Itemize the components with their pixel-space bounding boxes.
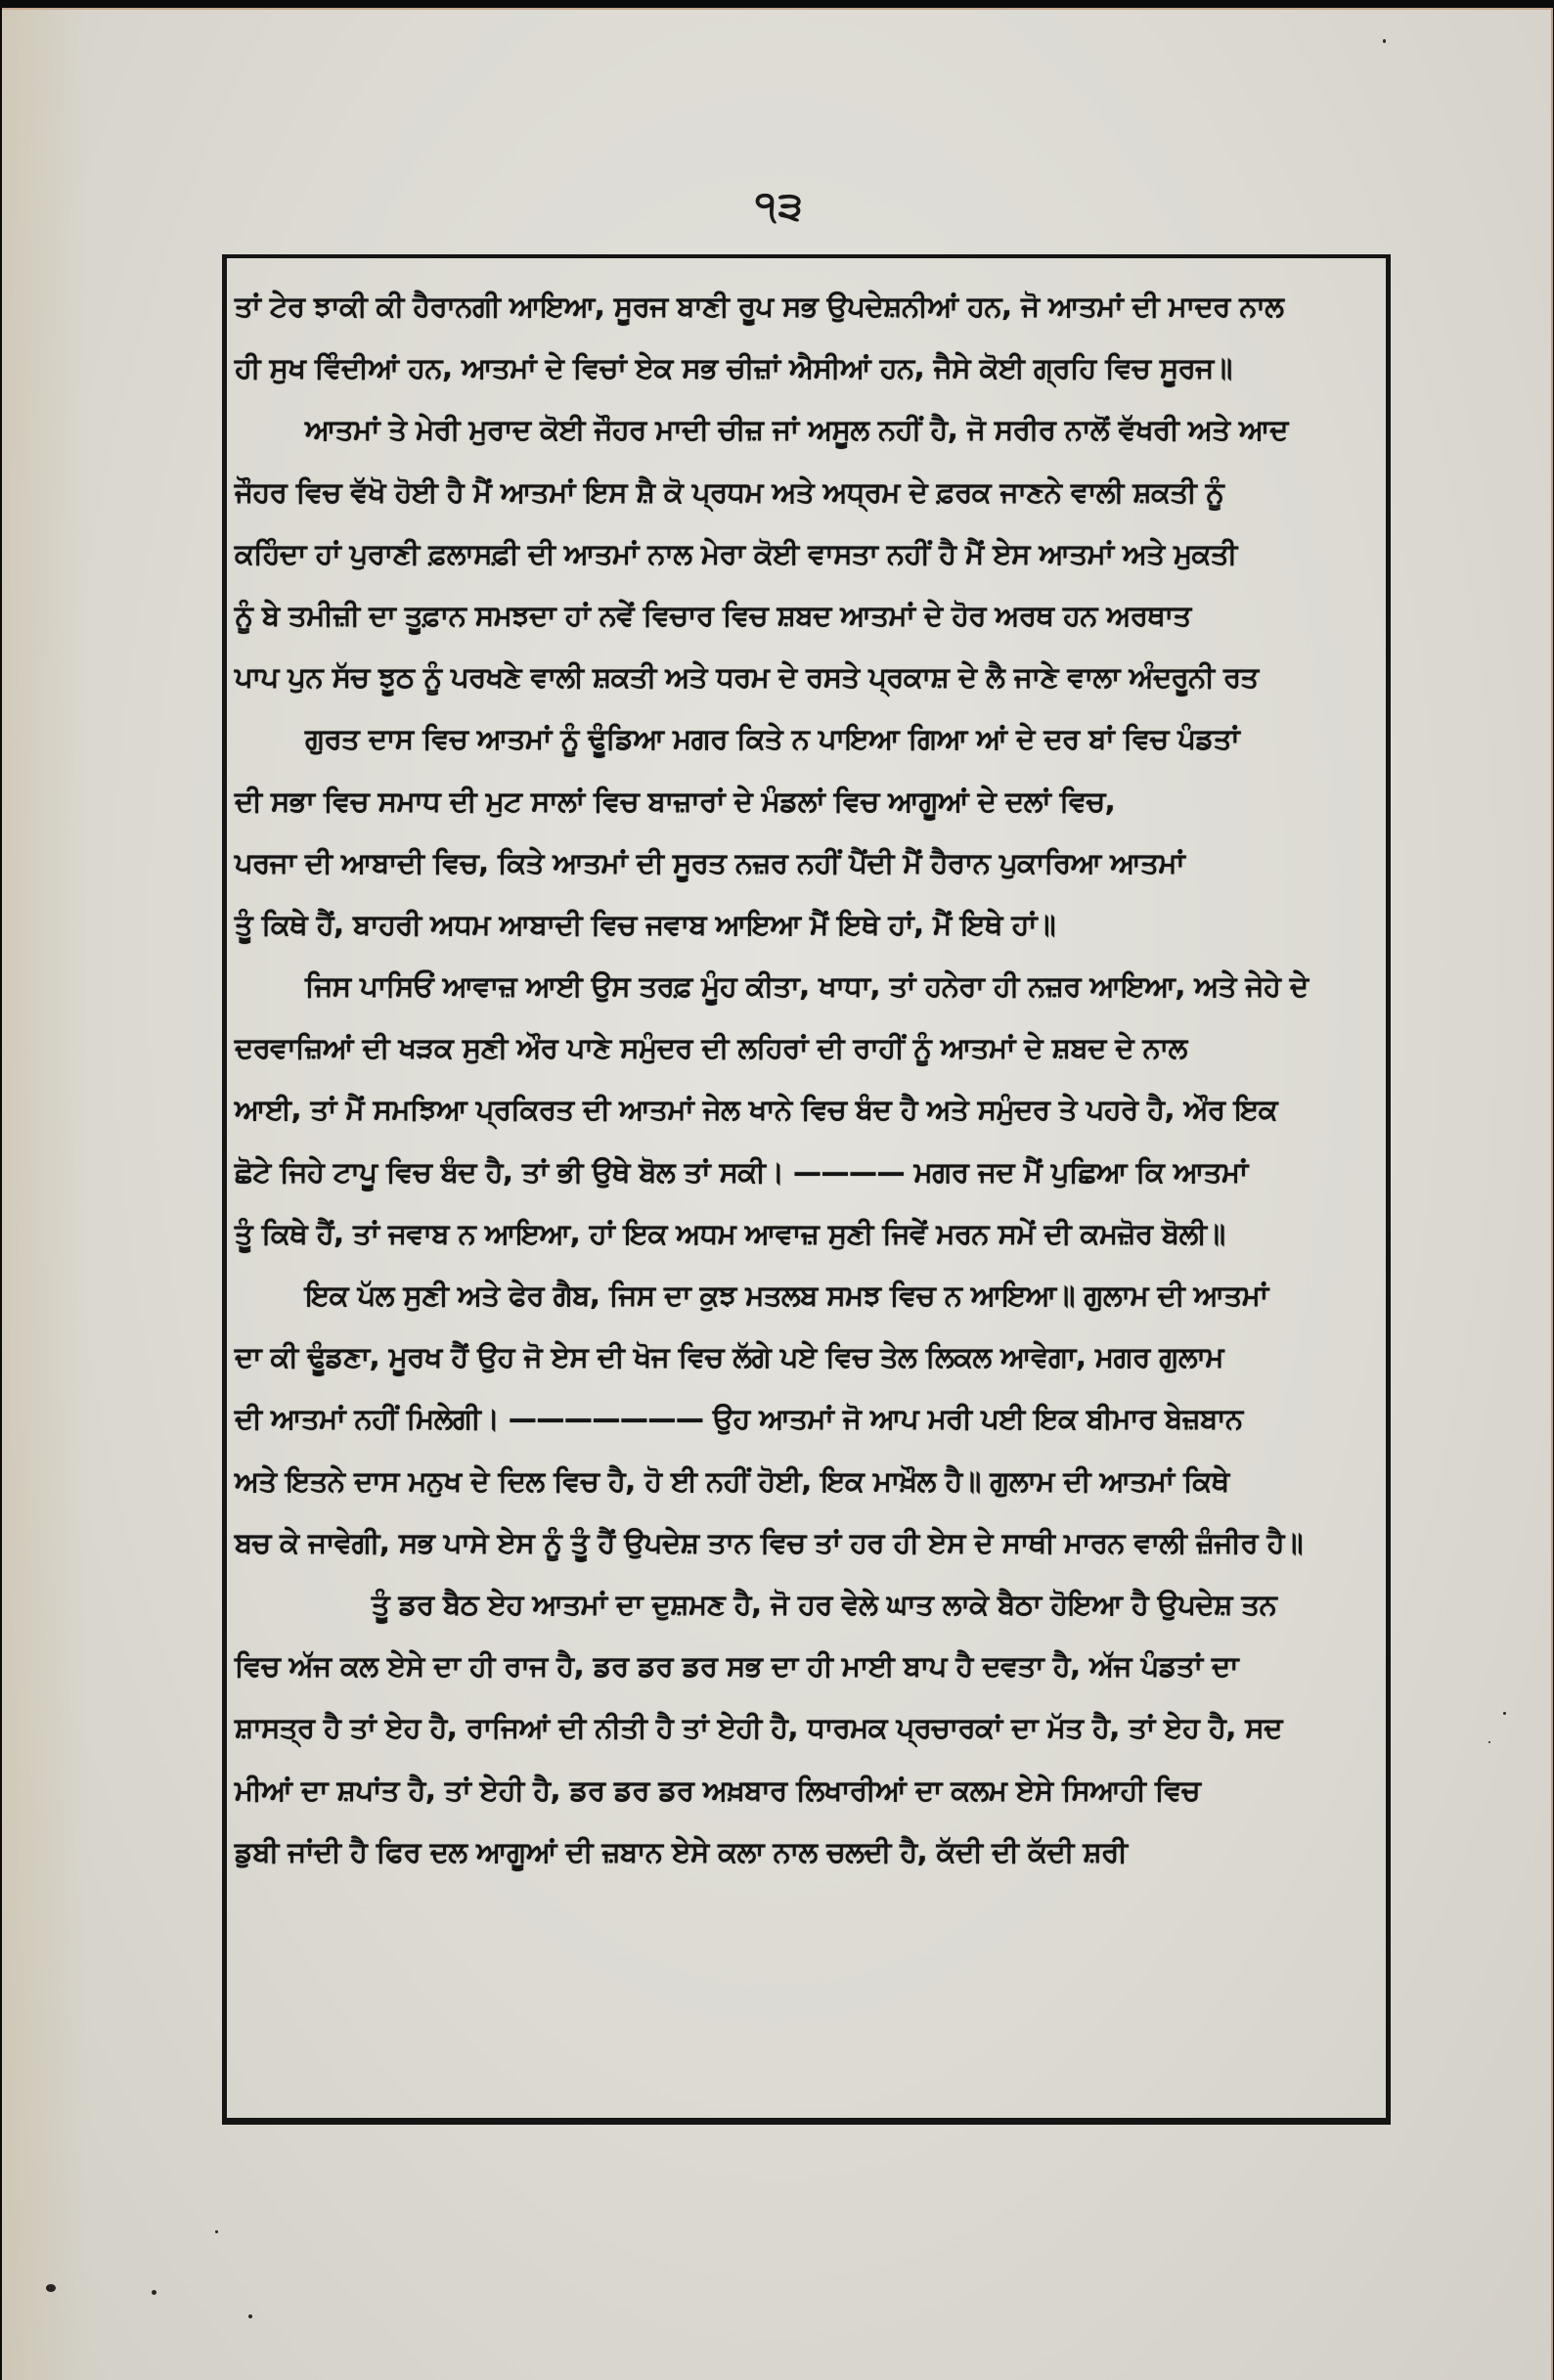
text-line: ਮੀਆਂ ਦਾ ਸ਼ਪਾਂਤ ਹੈ, ਤਾਂ ਏਹੀ ਹੈ, ਡਰ ਡਰ ਡਰ … xyxy=(235,1760,1418,1821)
text-line: ਇਕ ਪੱਲ ਸੁਣੀ ਅਤੇ ਫੇਰ ਗੈਬ, ਜਿਸ ਦਾ ਕੁਝ ਮਤਲਬ… xyxy=(235,1265,1418,1326)
ink-speck xyxy=(1488,1741,1490,1743)
ink-speck xyxy=(152,2290,156,2295)
text-line: ਪਾਪ ਪੁਨ ਸੱਚ ਝੂਠ ਨੂੰ ਪਰਖਣੇ ਵਾਲੀ ਸ਼ਕਤੀ ਅਤੇ… xyxy=(235,647,1418,708)
text-line: ਗੁਰਤ ਦਾਸ ਵਿਚ ਆਤਮਾਂ ਨੂੰ ਢੂੰਡਿਆ ਮਗਰ ਕਿਤੇ ਨ… xyxy=(235,708,1418,770)
text-line: ਸ਼ਾਸਤ੍ਰ ਹੈ ਤਾਂ ਏਹ ਹੈ, ਰਾਜਿਆਂ ਦੀ ਨੀਤੀ ਹੈ … xyxy=(235,1697,1418,1759)
text-line: ਪਰਜਾ ਦੀ ਆਬਾਦੀ ਵਿਚ, ਕਿਤੇ ਆਤਮਾਂ ਦੀ ਸੂਰਤ ਨਜ… xyxy=(235,832,1418,894)
text-line: ਆਤਮਾਂ ਤੇ ਮੇਰੀ ਮੁਰਾਦ ਕੋਈ ਜੌਹਰ ਮਾਦੀ ਚੀਜ਼ ਜ… xyxy=(235,399,1418,461)
ink-speck xyxy=(1383,39,1386,43)
text-line: ਆਈ, ਤਾਂ ਮੈਂ ਸਮਝਿਆ ਪ੍ਰਕਿਰਤ ਦੀ ਆਤਮਾਂ ਜੇਲ ਖ… xyxy=(235,1079,1418,1141)
text-line: ਛੋਟੇ ਜਿਹੇ ਟਾਪੂ ਵਿਚ ਬੰਦ ਹੈ, ਤਾਂ ਭੀ ਉਥੇ ਬੋ… xyxy=(235,1142,1418,1203)
text-line: ਵਿਚ ਅੱਜ ਕਲ ਏਸੇ ਦਾ ਹੀ ਰਾਜ ਹੈ, ਡਰ ਡਰ ਡਰ ਸਭ… xyxy=(235,1636,1418,1697)
text-line: ਦੀ ਆਤਮਾਂ ਨਹੀਂ ਮਿਲੇਗੀ। ——————— ਉਹ ਆਤਮਾਂ ਜ… xyxy=(235,1388,1418,1450)
text-line: ਅਤੇ ਇਤਨੇ ਦਾਸ ਮਨੁਖ ਦੇ ਦਿਲ ਵਿਚ ਹੈ, ਹੋ ਈ ਨਹ… xyxy=(235,1451,1418,1512)
ink-speck xyxy=(248,2314,252,2318)
text-line: ਤਾਂ ਟੇਰ ਝਾਕੀ ਕੀ ਹੈਰਾਨਗੀ ਆਇਆ, ਸੂਰਜ ਬਾਣੀ ਰ… xyxy=(235,276,1418,337)
text-line: ਦਰਵਾਜ਼ਿਆਂ ਦੀ ਖੜਕ ਸੁਣੀ ਔਰ ਪਾਣੇ ਸਮੁੰਦਰ ਦੀ … xyxy=(235,1017,1418,1079)
text-line: ਦੀ ਸਭਾ ਵਿਚ ਸਮਾਧ ਦੀ ਮੁਟ ਸਾਲਾਂ ਵਿਚ ਬਾਜ਼ਾਰਾ… xyxy=(235,771,1418,832)
ink-speck xyxy=(46,2284,56,2292)
text-line: ਨੂੰ ਬੇ ਤਮੀਜ਼ੀ ਦਾ ਤੂਫ਼ਾਨ ਸਮਝਦਾ ਹਾਂ ਨਵੇਂ ਵ… xyxy=(235,585,1418,647)
text-line: ਤੂੰ ਡਰ ਬੈਠ ਏਹ ਆਤਮਾਂ ਦਾ ਦੁਸ਼ਮਣ ਹੈ, ਜੋ ਹਰ … xyxy=(235,1574,1418,1636)
text-line: ਤੂੰ ਕਿਥੇ ਹੈਂ, ਤਾਂ ਜਵਾਬ ਨ ਆਇਆ, ਹਾਂ ਇਕ ਅਧਮ… xyxy=(235,1203,1418,1265)
text-line: ਕਹਿੰਦਾ ਹਾਂ ਪੁਰਾਣੀ ਫ਼ਲਾਸਫ਼ੀ ਦੀ ਆਤਮਾਂ ਨਾਲ … xyxy=(235,523,1418,585)
ink-speck xyxy=(1503,1712,1506,1715)
text-line: ਜਿਸ ਪਾਸਿਓਂ ਆਵਾਜ਼ ਆਈ ਉਸ ਤਰਫ਼ ਮੂੰਹ ਕੀਤਾ, ਖ… xyxy=(235,956,1418,1017)
text-line: ਦਾ ਕੀ ਢੂੰਡਣਾ, ਮੂਰਖ ਹੈਂ ਉਹ ਜੋ ਏਸ ਦੀ ਖੋਜ ਵ… xyxy=(235,1326,1418,1388)
text-line: ਡੁਬੀ ਜਾਂਦੀ ਹੈ ਫਿਰ ਦਲ ਆਗੂਆਂ ਦੀ ਜ਼ਬਾਨ ਏਸੇ … xyxy=(235,1821,1418,1883)
text-line: ਤੂੰ ਕਿਥੇ ਹੈਂ, ਬਾਹਰੀ ਅਧਮ ਆਬਾਦੀ ਵਿਚ ਜਵਾਬ ਆ… xyxy=(235,894,1418,956)
page-number: ੧੩ xyxy=(755,184,805,229)
scanned-page: ੧੩ ਤਾਂ ਟੇਰ ਝਾਕੀ ਕੀ ਹੈਰਾਨਗੀ ਆਇਆ, ਸੂਰਜ ਬਾਣ… xyxy=(2,8,1553,2378)
text-line: ਜੌਹਰ ਵਿਚ ਵੱਖੋ ਹੋਈ ਹੈ ਮੈਂ ਆਤਮਾਂ ਇਸ ਸ਼ੈ ਕੋ… xyxy=(235,462,1418,523)
ink-speck xyxy=(215,2230,218,2233)
body-text: ਤਾਂ ਟੇਰ ਝਾਕੀ ਕੀ ਹੈਰਾਨਗੀ ਆਇਆ, ਸੂਰਜ ਬਾਣੀ ਰ… xyxy=(235,276,1418,1883)
text-line: ਹੀ ਸੁਖ ਵਿੰਦੀਆਂ ਹਨ, ਆਤਮਾਂ ਦੇ ਵਿਚਾਂ ਏਕ ਸਭ … xyxy=(235,337,1418,399)
text-line: ਬਚ ਕੇ ਜਾਵੇਗੀ, ਸਭ ਪਾਸੇ ਏਸ ਨੂੰ ਤੂੰ ਹੈਂ ਉਪਦ… xyxy=(235,1512,1418,1574)
